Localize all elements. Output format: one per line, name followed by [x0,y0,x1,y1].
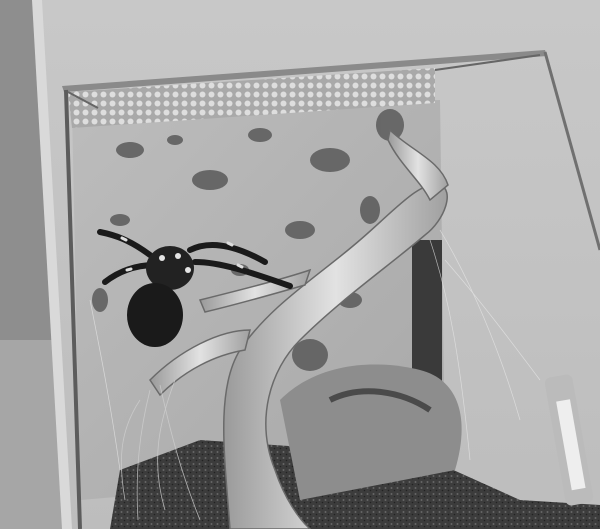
terrarium-photo [0,0,600,529]
spider-abdomen [127,283,183,347]
